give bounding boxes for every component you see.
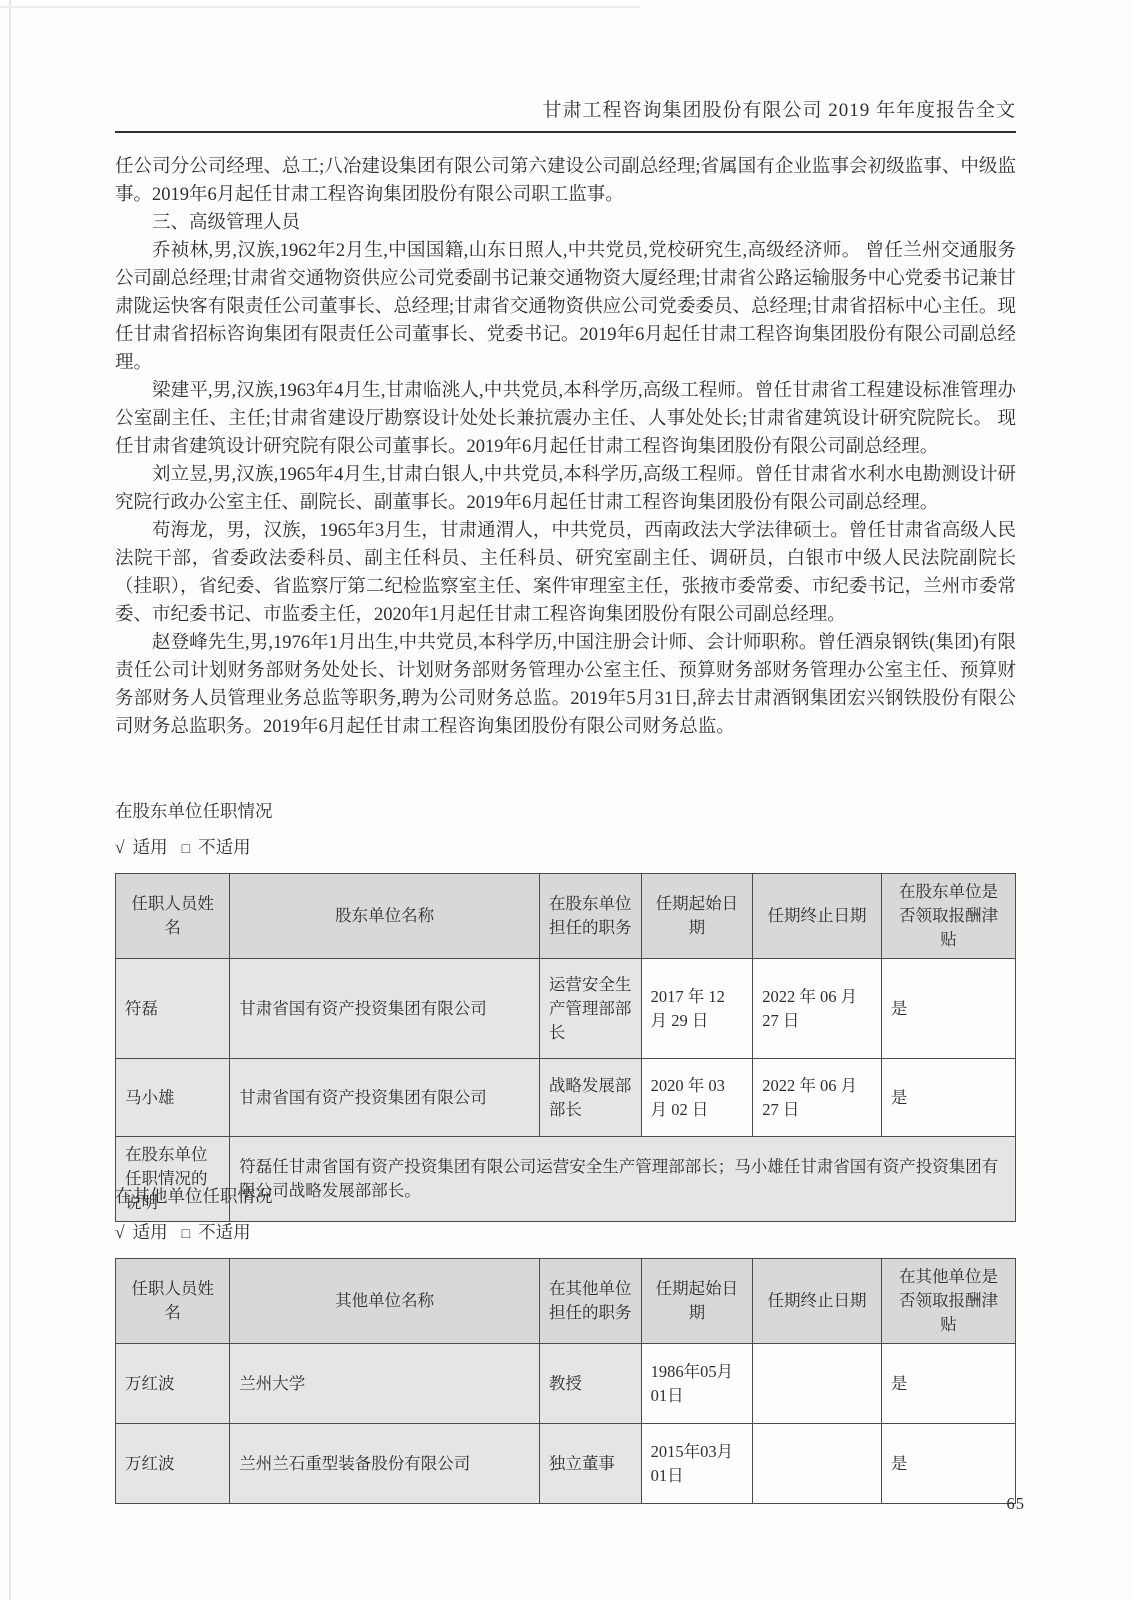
cell-unit-name: 甘肃省国有资产投资集团有限公司	[230, 959, 540, 1059]
bio-paragraph-liuliyu: 刘立昱,男,汉族,1965年4月生,甘肃白银人,中共党员,本科学历,高级工程师。…	[115, 461, 1016, 517]
column-header: 任期终止日期	[753, 874, 882, 959]
other-applicability-line: √适用□不适用	[115, 1221, 1016, 1246]
shareholder-section-label: 在股东单位任职情况	[115, 800, 1016, 822]
column-header: 任期终止日期	[753, 1259, 882, 1344]
bio-paragraph-qiaozhenlin: 乔祯林,男,汉族,1962年2月生,中国国籍,山东日照人,中共党员,党校研究生,…	[115, 237, 1016, 377]
column-header: 任期起始日期	[641, 1259, 753, 1344]
cell-person-name: 万红波	[116, 1424, 230, 1504]
bio-paragraph-liangjianping: 梁建平,男,汉族,1963年4月生,甘肃临洮人,中共党员,本科学历,高级工程师。…	[115, 377, 1016, 461]
applicable-label: 适用	[133, 837, 168, 857]
other-positions-section: 在其他单位任职情况 √适用□不适用 任职人员姓名 其他单位名称 在其他单位担任的…	[115, 1185, 1016, 1504]
cell-term-start: 2017 年 12 月 29 日	[641, 959, 753, 1059]
table-row: 万红波 兰州兰石重型装备股份有限公司 独立董事 2015年03月01日 是	[116, 1424, 1016, 1504]
scan-artifact-vertical-line	[9, 0, 11, 1600]
cell-paid-flag: 是	[881, 959, 1015, 1059]
cell-term-start: 2020 年 03 月 02 日	[641, 1059, 753, 1137]
cell-term-start: 1986年05月01日	[641, 1344, 753, 1424]
cell-term-start: 2015年03月01日	[641, 1424, 753, 1504]
not-applicable-label: 不适用	[198, 837, 251, 857]
body-paragraphs: 任公司分公司经理、总工;八冶建设集团有限公司第六建设公司副总经理;省属国有企业监…	[115, 153, 1016, 741]
checkmark-icon: √	[115, 1222, 125, 1242]
cell-paid-flag: 是	[881, 1424, 1015, 1504]
applicable-label: 适用	[133, 1222, 168, 1242]
cell-term-end: 2022 年 06 月 27 日	[753, 1059, 882, 1137]
cell-paid-flag: 是	[881, 1059, 1015, 1137]
other-positions-table: 任职人员姓名 其他单位名称 在其他单位担任的职务 任期起始日期 任期终止日期 在…	[115, 1258, 1016, 1504]
cell-person-name: 马小雄	[116, 1059, 230, 1137]
column-header: 在其他单位担任的职务	[539, 1259, 641, 1344]
bio-paragraph-gouhailong: 苟海龙，男，汉族，1965年3月生，甘肃通渭人，中共党员，西南政法大学法律硕士。…	[115, 517, 1016, 629]
shareholder-applicability-line: √适用□不适用	[115, 836, 1016, 861]
shareholder-positions-table: 任职人员姓名 股东单位名称 在股东单位担任的职务 任期起始日期 任期终止日期 在…	[115, 873, 1016, 1222]
scan-artifact-top-line	[0, 6, 640, 8]
cell-term-end: 2022 年 06 月 27 日	[753, 959, 882, 1059]
column-header: 任期起始日期	[641, 874, 753, 959]
table-header-row: 任职人员姓名 股东单位名称 在股东单位担任的职务 任期起始日期 任期终止日期 在…	[116, 874, 1016, 959]
column-header: 在股东单位是否领取报酬津贴	[881, 874, 1015, 959]
cell-person-name: 符磊	[116, 959, 230, 1059]
empty-checkbox-icon: □	[182, 1227, 190, 1242]
cell-position: 独立董事	[539, 1424, 641, 1504]
table-row: 符磊 甘肃省国有资产投资集团有限公司 运营安全生产管理部部长 2017 年 12…	[116, 959, 1016, 1059]
cell-person-name: 万红波	[116, 1344, 230, 1424]
cell-paid-flag: 是	[881, 1344, 1015, 1424]
shareholder-positions-section: 在股东单位任职情况 √适用□不适用 任职人员姓名 股东单位名称 在股东单位担任的…	[115, 800, 1016, 1222]
column-header: 在股东单位担任的职务	[539, 874, 641, 959]
column-header: 在其他单位是否领取报酬津贴	[881, 1259, 1015, 1344]
column-header: 任职人员姓名	[116, 1259, 230, 1344]
table-row: 马小雄 甘肃省国有资产投资集团有限公司 战略发展部部长 2020 年 03 月 …	[116, 1059, 1016, 1137]
not-applicable-label: 不适用	[198, 1222, 251, 1242]
checkmark-icon: √	[115, 837, 125, 857]
cell-term-end	[753, 1424, 882, 1504]
document-page: 甘肃工程咨询集团股份有限公司 2019 年年度报告全文 任公司分公司经理、总工;…	[0, 0, 1131, 1600]
table-row: 万红波 兰州大学 教授 1986年05月01日 是	[116, 1344, 1016, 1424]
cell-unit-name: 兰州大学	[230, 1344, 540, 1424]
cell-position: 教授	[539, 1344, 641, 1424]
table-header-row: 任职人员姓名 其他单位名称 在其他单位担任的职务 任期起始日期 任期终止日期 在…	[116, 1259, 1016, 1344]
page-header: 甘肃工程咨询集团股份有限公司 2019 年年度报告全文	[115, 95, 1016, 133]
cell-term-end	[753, 1344, 882, 1424]
content-area: 甘肃工程咨询集团股份有限公司 2019 年年度报告全文 任公司分公司经理、总工;…	[115, 95, 1016, 741]
section-heading-senior-management: 三、高级管理人员	[115, 209, 1016, 237]
empty-checkbox-icon: □	[182, 842, 190, 857]
paragraph-continuation: 任公司分公司经理、总工;八冶建设集团有限公司第六建设公司副总经理;省属国有企业监…	[115, 153, 1016, 209]
cell-unit-name: 兰州兰石重型装备股份有限公司	[230, 1424, 540, 1504]
column-header: 其他单位名称	[230, 1259, 540, 1344]
cell-unit-name: 甘肃省国有资产投资集团有限公司	[230, 1059, 540, 1137]
bio-paragraph-zhaodengfeng: 赵登峰先生,男,1976年1月出生,中共党员,本科学历,中国注册会计师、会计师职…	[115, 629, 1016, 741]
page-header-title: 甘肃工程咨询集团股份有限公司 2019 年年度报告全文	[542, 100, 1016, 121]
cell-position: 战略发展部部长	[539, 1059, 641, 1137]
column-header: 股东单位名称	[230, 874, 540, 959]
page-number: 65	[1007, 1494, 1026, 1514]
column-header: 任职人员姓名	[116, 874, 230, 959]
cell-position: 运营安全生产管理部部长	[539, 959, 641, 1059]
other-section-label: 在其他单位任职情况	[115, 1185, 1016, 1207]
